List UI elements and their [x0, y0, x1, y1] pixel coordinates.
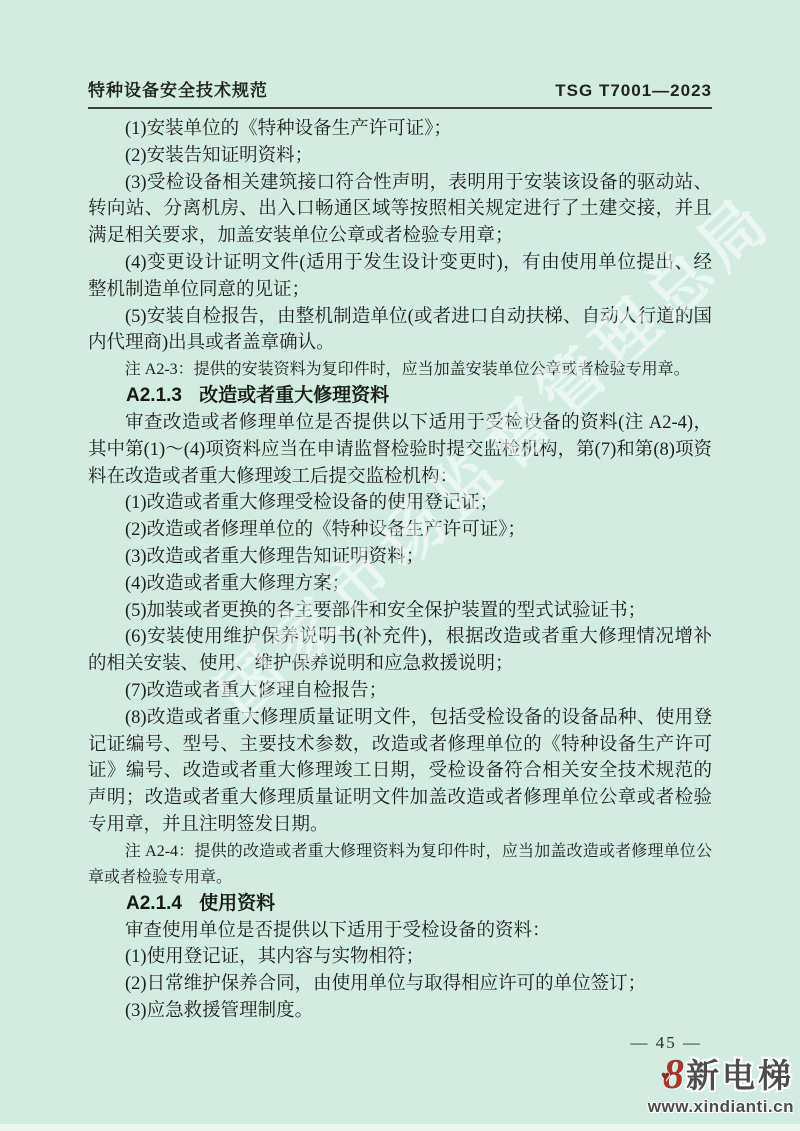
logo-red-mark-icon: 8♥ [663, 1056, 684, 1094]
body-paragraph: (2)改造或者修理单位的《特种设备生产许可证》； [88, 517, 712, 544]
page-number: — 45 — [631, 1033, 703, 1053]
page-bottom-edge [0, 1124, 800, 1131]
body-paragraph: (3)受检设备相关建筑接口符合性声明，表明用于安装该设备的驱动站、转向站、分离机… [88, 170, 712, 250]
body-paragraph: (3)应急救援管理制度。 [88, 998, 712, 1025]
body-paragraph: (5)加装或者更换的各主要部件和安全保护装置的型式试验证书； [88, 598, 712, 625]
section-number: A2.1.4 [126, 893, 182, 914]
logo-name: 新电梯 [686, 1056, 794, 1096]
section-title: 改造或者重大修理资料 [199, 385, 389, 406]
body-paragraph: (1)改造或者重大修理受检设备的使用登记证； [88, 490, 712, 517]
document-body: (1)安装单位的《特种设备生产许可证》；(2)安装告知证明资料；(3)受检设备相… [88, 116, 712, 1025]
logo-url: www.xindianti.cn [636, 1097, 794, 1117]
body-paragraph: (4)变更设计证明文件(适用于发生设计变更时)，有由使用单位提出、经整机制造单位… [88, 250, 712, 304]
body-paragraph: (7)改造或者重大修理自检报告； [88, 678, 712, 705]
header-left-title: 特种设备安全技术规范 [88, 76, 268, 101]
body-paragraph: (1)安装单位的《特种设备生产许可证》； [88, 116, 712, 143]
logo-top-row: 8♥ 新电梯 [636, 1056, 794, 1096]
page-header: 特种设备安全技术规范 TSG T7001—2023 [88, 76, 712, 109]
document-page: { "document": { "header": { "left": "特种设… [0, 0, 800, 1131]
site-logo: 8♥ 新电梯 www.xindianti.cn [636, 1056, 794, 1117]
body-paragraph: 审查改造或者修理单位是否提供以下适用于受检设备的资料(注 A2-4)，其中第(1… [88, 410, 712, 490]
section-title: 使用资料 [199, 893, 275, 914]
body-paragraph: (2)安装告知证明资料； [88, 143, 712, 170]
section-heading: A2.1.3改造或者重大修理资料 [88, 383, 712, 410]
note-paragraph: 注 A2-3：提供的安装资料为复印件时，应当加盖安装单位公章或者检验专用章。 [88, 357, 712, 383]
note-paragraph: 注 A2-4：提供的改造或者重大修理资料为复印件时，应当加盖改造或者修理单位公章… [88, 839, 712, 891]
body-paragraph: (4)改造或者重大修理方案； [88, 571, 712, 598]
section-heading: A2.1.4使用资料 [88, 891, 712, 918]
body-paragraph: (6)安装使用维护保养说明书(补充件)，根据改造或者重大修理情况增补的相关安装、… [88, 624, 712, 678]
body-paragraph: (3)改造或者重大修理告知证明资料； [88, 544, 712, 571]
header-right-doc-code: TSG T7001—2023 [555, 81, 712, 101]
heart-icon: ♥ [661, 1058, 670, 1096]
body-paragraph: (2)日常维护保养合同，由使用单位与取得相应许可的单位签订； [88, 971, 712, 998]
body-paragraph: (8)改造或者重大修理质量证明文件，包括受检设备的设备品种、使用登记证编号、型号… [88, 705, 712, 839]
body-paragraph: 审查使用单位是否提供以下适用于受检设备的资料： [88, 918, 712, 945]
body-paragraph: (5)安装自检报告，由整机制造单位(或者进口自动扶梯、自动人行道的国内代理商)出… [88, 304, 712, 358]
section-number: A2.1.3 [126, 385, 182, 406]
body-paragraph: (1)使用登记证，其内容与实物相符； [88, 944, 712, 971]
